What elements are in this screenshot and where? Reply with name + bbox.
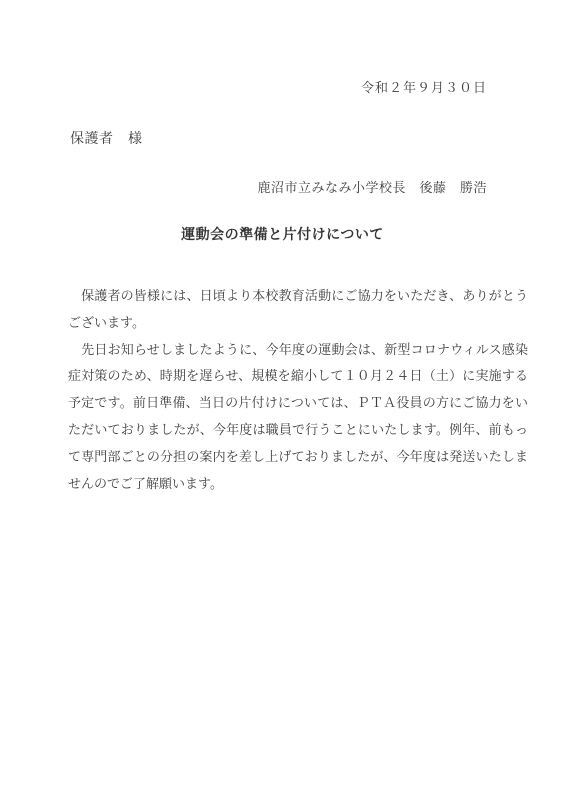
body-line: ただいておりましたが、今年度は職員で行うことにいたします。例年、前もっ [68,417,528,444]
document-title: 運動会の準備と片付けについて [0,224,565,244]
body-line: 保護者の皆様には、日頃より本校教育活動にご協力をいただき、ありがとう [68,283,528,310]
addressee: 保護者 様 [70,128,143,148]
body-line: せんのでご了解願います。 [68,471,528,498]
body-line: て専門部ごとの分担の案内を差し上げておりましたが、今年度は発送いたしま [68,444,528,471]
body-line: 先日お知らせしましたように、今年度の運動会は、新型コロナウィルス感染 [68,337,528,364]
body-line: 症対策のため、時期を遅らせ、規模を縮小して１０月２４日（土）に実施する [68,363,528,390]
document-body: 保護者の皆様には、日頃より本校教育活動にご協力をいただき、ありがとう ございます… [68,283,528,497]
body-line: 予定です。前日準備、当日の片付けについては、ＰＴＡ役員の方にご協力をい [68,390,528,417]
body-line: ございます。 [68,310,528,337]
sender-signature: 鹿沼市立みなみ小学校長 後藤 勝浩 [257,177,487,196]
document-page: 令和２年９月３０日 保護者 様 鹿沼市立みなみ小学校長 後藤 勝浩 運動会の準備… [0,0,565,800]
document-date: 令和２年９月３０日 [361,77,487,96]
